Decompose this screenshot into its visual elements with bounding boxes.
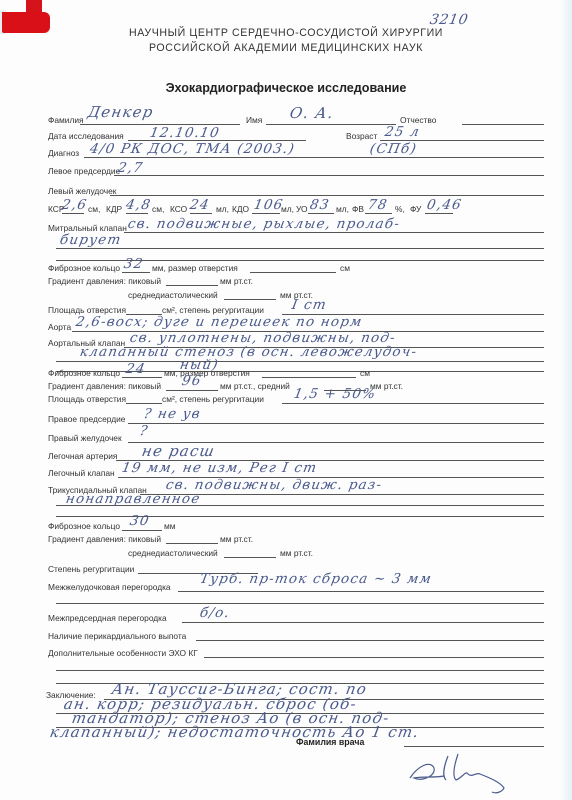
aortic-ring-value: 24 (125, 361, 147, 377)
aortic-grad-unit: мм рт.ст., средний (220, 381, 290, 391)
mitral-grad-unit: мм рт.ст. (220, 276, 253, 286)
kdo-field[interactable] (252, 213, 280, 214)
mitral-line-2: бирует (59, 232, 123, 248)
left-ventricle-label: Левый желудочек (48, 186, 116, 196)
kso-unit: мл, (216, 204, 229, 214)
page-title: Эхокардиографическое исследование (0, 81, 572, 95)
kso-label: КСО (170, 204, 187, 214)
left-ventricle-field[interactable] (110, 195, 544, 196)
ivs-label: Межжелудочковая перегородка (48, 582, 171, 592)
conclusion-line-4: клапанный); недостаточность Ао 1 ст. (48, 723, 421, 741)
kdr-value: 4,8 (125, 197, 153, 213)
date-value: 12.10.10 (149, 125, 222, 141)
right-atrium-field[interactable] (128, 423, 544, 424)
ias-label: Межпредсердная перегородка (48, 613, 167, 623)
pulmonary-artery-label: Легочная артерия (48, 451, 117, 461)
tricuspid-ring-field[interactable] (122, 530, 162, 531)
kdo-label: КДО (232, 204, 249, 214)
additional-label: Дополнительные особенности ЭХО КГ (48, 648, 198, 658)
aortic-grad-field[interactable] (166, 390, 218, 391)
ias-field[interactable] (182, 622, 544, 623)
mitral-field-2[interactable] (56, 248, 544, 249)
ksr-unit: см, (88, 204, 100, 214)
tricuspid-grad-label: Градиент давления: пиковый (48, 534, 161, 544)
uo-field[interactable] (308, 213, 334, 214)
mitral-line-1: св. подвижные, рыхлые, пролаб- (127, 216, 402, 232)
pulmonary-valve-value: 19 мм, не изм, Рег I ст (121, 460, 319, 476)
mitral-ring-field[interactable] (122, 272, 150, 273)
left-atrium-value: 2,7 (117, 160, 145, 176)
doctor-field[interactable] (404, 746, 544, 747)
fv-unit: %, (395, 204, 405, 214)
aorta-label: Аорта (48, 322, 71, 332)
diagnosis-value: 4/0 РК ДОС, ТМА (2003.) (89, 141, 297, 157)
diagnosis-extra-value: (СПб) (369, 141, 419, 157)
mitral-grad-label: Градиент давления: пиковый (48, 276, 161, 286)
aortic-ring-label: Фиброзное кольцо (48, 368, 120, 378)
date-label: Дата исследования (48, 131, 124, 141)
kso-field[interactable] (190, 213, 212, 214)
tricuspid-line-2: нонаправленное (65, 491, 202, 507)
name-value: О. А. (288, 104, 335, 122)
kdo-value: 106 (253, 197, 285, 213)
pericardial-label: Наличие перикардиального выпота (48, 631, 186, 641)
age-label: Возраст (346, 131, 377, 141)
aortic-opening-field[interactable] (262, 377, 356, 378)
patronymic-field[interactable] (462, 124, 544, 125)
aortic-ring-field[interactable] (122, 377, 162, 378)
fu-value: 0,46 (426, 197, 464, 213)
ivs-field-2[interactable] (56, 603, 544, 604)
tricuspid-grad-field[interactable] (166, 543, 218, 544)
mitral-mean-field[interactable] (224, 299, 276, 300)
uo-unit: мл, (336, 204, 349, 214)
right-atrium-value: ? не ув (143, 406, 203, 422)
fv-value: 78 (367, 197, 389, 213)
pericardial-field[interactable] (196, 640, 544, 641)
tricuspid-ring-value: 30 (129, 513, 151, 529)
diagnosis-label: Диагноз (48, 148, 79, 158)
aortic-grad-label: Градиент давления: пиковый (48, 381, 161, 391)
right-ventricle-label: Правый желудочек (48, 433, 122, 443)
aortic-opening-unit: см (360, 368, 370, 378)
surname-label: Фамилия (48, 115, 84, 125)
aortic-area-label: Площадь отверстия (48, 394, 126, 404)
ivs-field-1[interactable] (178, 591, 544, 592)
tricuspid-mean-field[interactable] (224, 557, 276, 558)
additional-field-1[interactable] (204, 657, 544, 658)
pulmonary-artery-value: не расш (140, 442, 216, 460)
doctor-label: Фамилия врача (296, 737, 364, 747)
kdo-unit: мл, (281, 204, 294, 214)
fu-field[interactable] (425, 213, 453, 214)
name-field[interactable] (266, 124, 396, 125)
tricuspid-ring-unit: мм (164, 521, 176, 531)
name-label: Имя (246, 115, 262, 125)
age-value: 25 л (384, 124, 422, 140)
header-line-1: НАУЧНЫЙ ЦЕНТР СЕРДЕЧНО-СОСУДИСТОЙ ХИРУРГ… (0, 27, 572, 39)
mitral-mean-label: среднедиастолический (128, 290, 218, 300)
kso-value: 24 (189, 197, 211, 213)
mitral-field-1[interactable] (124, 232, 544, 233)
aortic-area-field[interactable] (126, 403, 162, 404)
surname-value: Денкер (86, 103, 155, 121)
left-atrium-label: Левое предсердие (48, 166, 120, 176)
ksr-field[interactable] (62, 213, 84, 214)
scan-edge (560, 0, 572, 800)
corner-note: 3210 (429, 12, 470, 28)
right-atrium-label: Правое предсердие (48, 414, 125, 424)
kdr-unit: см, (152, 204, 164, 214)
mitral-opening-unit: см (340, 263, 350, 273)
mitral-ring-label: Фиброзное кольцо (48, 263, 120, 273)
pulmonary-valve-label: Легочный клапан (48, 468, 115, 478)
tricuspid-mean-unit: мм рт.ст. (280, 548, 313, 558)
aorta-value: 2,6-восх; дуге и перешеек по норм (75, 314, 364, 330)
aortic-ring-unit: мм, размер отверстия (164, 368, 250, 378)
kdr-label: КДР (106, 204, 122, 214)
header-line-2: РОССИЙСКОЙ АКАДЕМИИ МЕДИЦИНСКИХ НАУК (0, 42, 572, 54)
tricuspid-field-3[interactable] (56, 516, 544, 517)
aortic-regurg-value: 1,5 + 50% (293, 386, 378, 402)
aortic-grad-value: 96 (181, 373, 203, 389)
mitral-ring-value: 32 (123, 256, 145, 272)
kdr-field[interactable] (126, 213, 148, 214)
left-atrium-field[interactable] (114, 175, 544, 176)
aortic-area-unit: см², степень регургитации (162, 394, 264, 404)
aortic-valve-line-2: клапанный стеноз (в осн. левожелудоч- (79, 344, 419, 360)
right-ventricle-value: ? (139, 423, 150, 439)
tricuspid-grad-unit: мм рт.ст. (220, 534, 253, 544)
uo-value: 83 (309, 197, 331, 213)
mitral-ring-unit: мм, размер отверстия (152, 263, 238, 273)
ivs-value: Турб. пр-ток сброса ~ 3 мм (199, 571, 434, 587)
diagnosis-field[interactable] (84, 157, 544, 158)
additional-field-2[interactable] (56, 670, 544, 671)
mitral-opening-field[interactable] (250, 272, 336, 273)
uo-label: УО (296, 204, 308, 214)
tricuspid-regurg-label: Степень регургитации (48, 564, 134, 574)
fv-label: ФВ (352, 204, 364, 214)
mitral-regurg-value: I ст (291, 297, 329, 313)
fv-field[interactable] (365, 213, 392, 214)
tricuspid-ring-label: Фиброзное кольцо (48, 521, 120, 531)
fu-label: ФУ (410, 204, 421, 214)
mitral-grad-field[interactable] (166, 285, 218, 286)
aortic-regurg-field[interactable] (282, 403, 544, 404)
ksr-value: 2,6 (61, 197, 89, 213)
doctor-signature (400, 748, 530, 794)
tricuspid-mean-label: среднедиастолический (128, 548, 218, 558)
ias-value: б/о. (199, 605, 232, 621)
